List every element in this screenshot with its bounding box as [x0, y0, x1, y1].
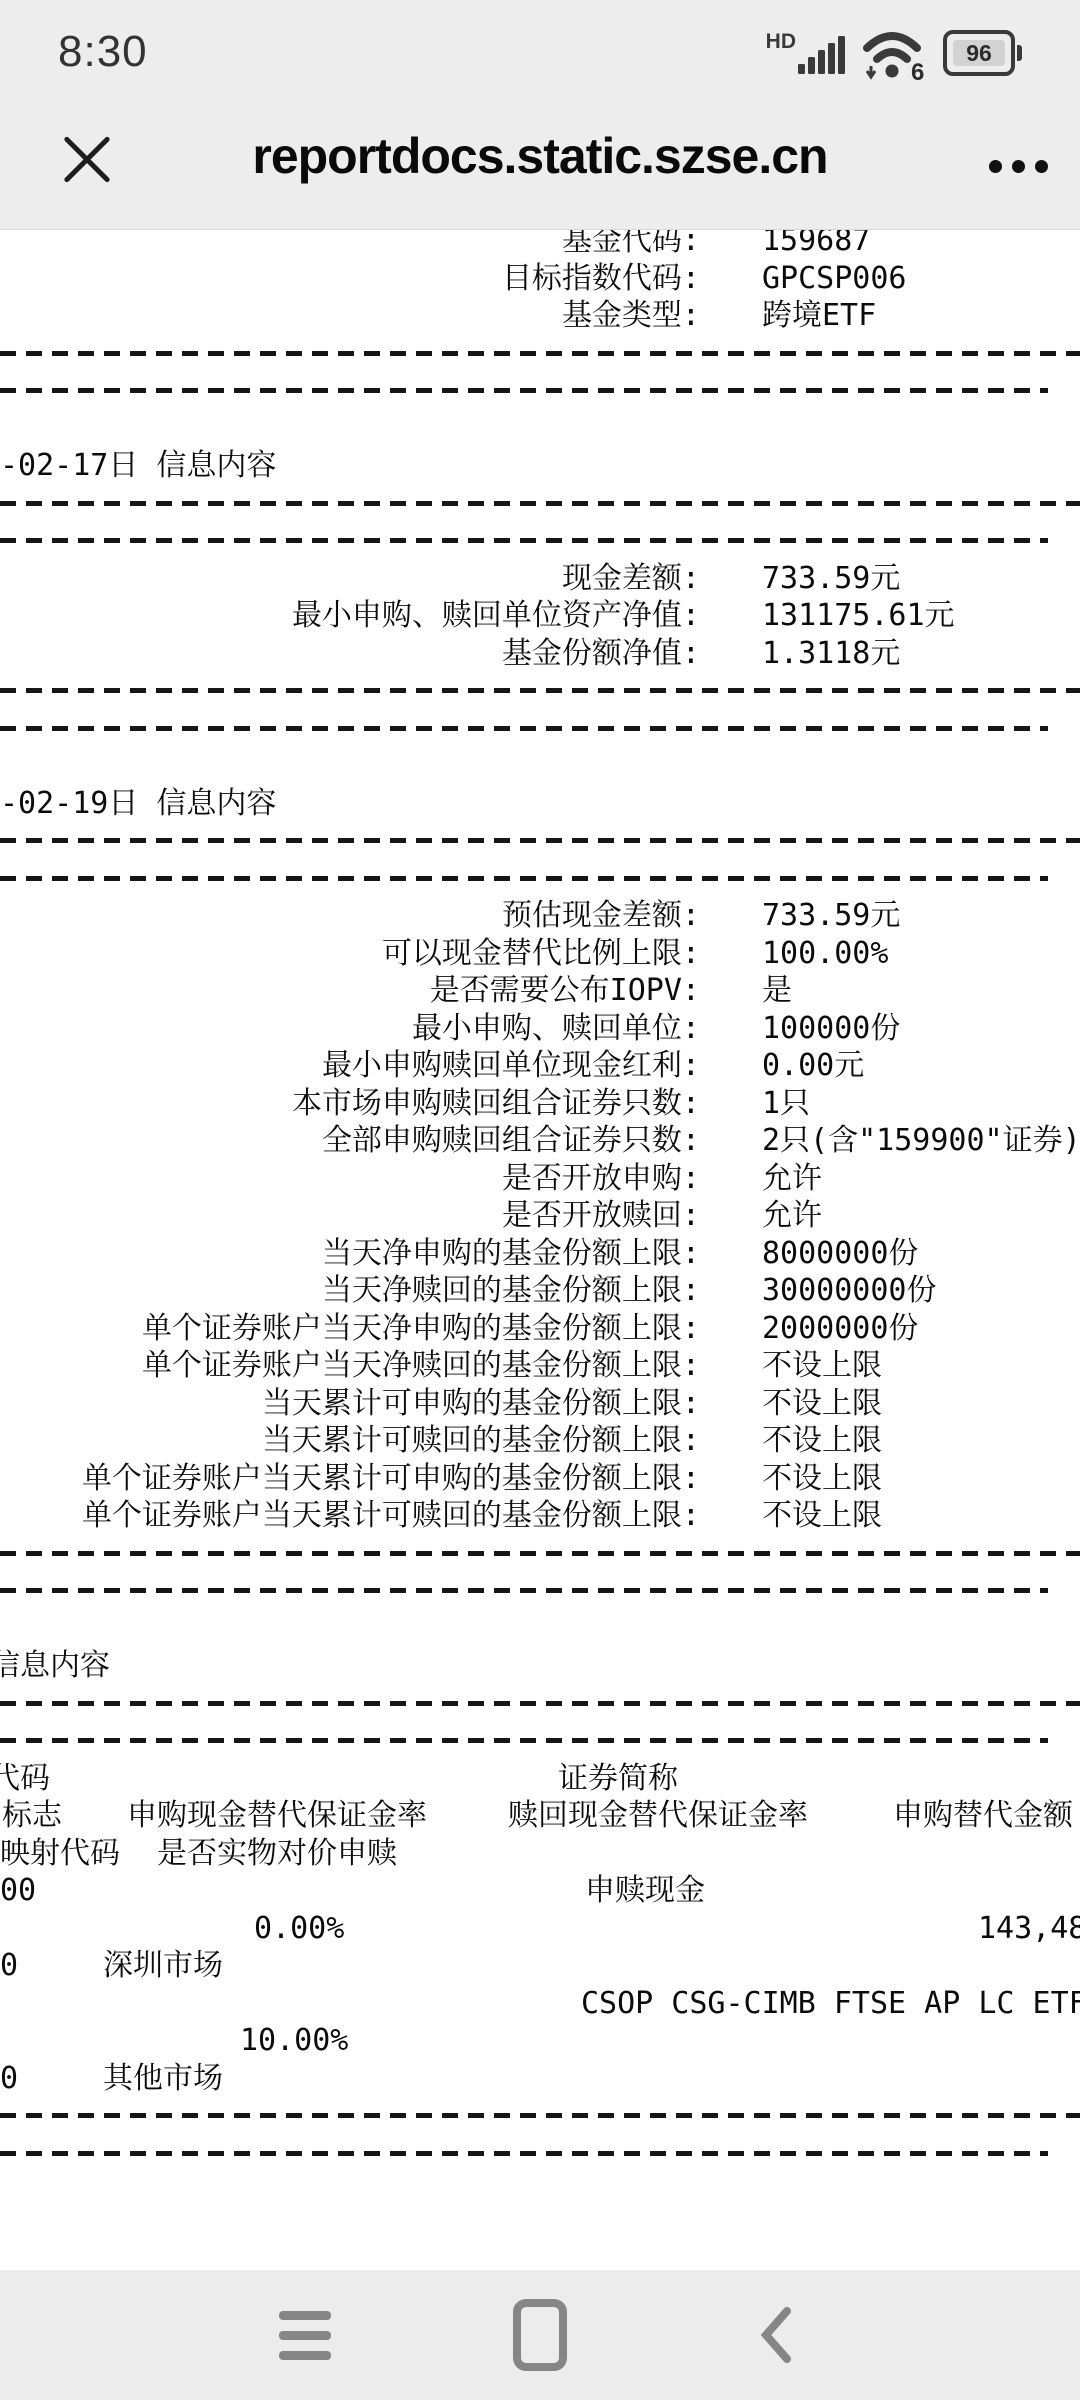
- doc-table-cell: 0.00%: [254, 1910, 344, 1948]
- doc-table-line: 映射代码是否实物对价申赎: [0, 1835, 1080, 1873]
- doc-field-value: 不设上限: [762, 1347, 882, 1385]
- doc-kv-line: 当天净申购的基金份额上限:8000000份: [0, 1235, 1080, 1273]
- doc-kv-line: 本市场申购赎回组合证券只数:1只: [0, 1085, 1080, 1123]
- doc-section-heading: 信息内容: [0, 1647, 110, 1685]
- doc-dashed-separator: [0, 522, 1080, 560]
- doc-kv-line: 基金类型:跨境ETF: [0, 297, 1080, 335]
- dashed-rule: [0, 538, 1048, 543]
- doc-table-line: 0深圳市场: [0, 1947, 1080, 1985]
- doc-field-value: 1只: [762, 1085, 810, 1123]
- doc-table-cell: 赎回现金替代保证金率: [508, 1797, 808, 1835]
- doc-dashed-separator: [0, 2135, 1080, 2173]
- doc-dashed-separator: [0, 1685, 1080, 1723]
- doc-section-heading: -02-19日 信息内容: [0, 785, 276, 823]
- more-options-button[interactable]: [983, 154, 1054, 179]
- doc-dashed-separator: [0, 1572, 1080, 1610]
- doc-field-label: 单个证券账户当天净申购的基金份额上限:: [142, 1310, 700, 1348]
- doc-table-cell: 申赎现金: [585, 1872, 705, 1910]
- doc-field-label: 当天累计可赎回的基金份额上限:: [262, 1422, 700, 1460]
- doc-field-label: 现金差额:: [562, 560, 700, 598]
- doc-kv-line: 是否开放赎回:允许: [0, 1197, 1080, 1235]
- nav-back-button[interactable]: [695, 2270, 855, 2400]
- doc-table-line: 证券代码证券简称: [0, 1760, 1080, 1798]
- doc-field-label: 单个证券账户当天净赎回的基金份额上限:: [142, 1347, 700, 1385]
- clock-text: 8:30: [58, 15, 148, 77]
- dashed-rule: [0, 1738, 1048, 1743]
- doc-field-label: 单个证券账户当天累计可申购的基金份额上限:: [82, 1460, 700, 1498]
- doc-kv-line: 最小申购、赎回单位资产净值:131175.61元: [0, 597, 1080, 635]
- doc-section-heading: -02-17日 信息内容: [0, 447, 276, 485]
- doc-kv-line: 是否需要公布IOPV:是: [0, 972, 1080, 1010]
- dashed-rule: [0, 388, 1048, 393]
- hd-voice-badge: HD: [766, 30, 796, 54]
- dashed-rule: [0, 501, 1080, 506]
- doc-field-value: 30000000份: [762, 1272, 937, 1310]
- doc-field-value: 跨境ETF: [762, 297, 876, 335]
- doc-table-line: 00申赎现金: [0, 1872, 1080, 1910]
- status-icons: HD 6 96: [766, 12, 1022, 80]
- android-nav-bar: [0, 2270, 1080, 2400]
- doc-field-value: 733.59元: [762, 560, 900, 598]
- doc-field-value: 允许: [762, 1160, 822, 1198]
- doc-field-label: 是否开放赎回:: [502, 1197, 700, 1235]
- dashed-rule: [0, 2151, 1048, 2156]
- doc-table-cell: 映射代码: [0, 1835, 120, 1873]
- doc-field-value: 不设上限: [762, 1385, 882, 1423]
- battery-level-text: 96: [966, 40, 992, 67]
- dashed-rule: [0, 2113, 1080, 2118]
- doc-field-value: 733.59元: [762, 897, 900, 935]
- doc-kv-line: 最小申购赎回单位现金红利:0.00元: [0, 1047, 1080, 1085]
- doc-field-value: 1.3118元: [762, 635, 900, 673]
- doc-kv-line: 现金差额:733.59元: [0, 560, 1080, 598]
- doc-table-line: 10.00%: [0, 2022, 1080, 2060]
- doc-field-value: 允许: [762, 1197, 822, 1235]
- doc-field-label: 最小申购赎回单位现金红利:: [322, 1047, 700, 1085]
- doc-table-line: CSOP CSG-CIMB FTSE AP LC ETF: [0, 1985, 1080, 2023]
- doc-table-cell: CSOP CSG-CIMB FTSE AP LC ETF: [581, 1985, 1080, 2023]
- menu-icon: [279, 2311, 331, 2360]
- back-icon: [757, 2306, 793, 2364]
- doc-kv-line: 预估现金差额:733.59元: [0, 897, 1080, 935]
- doc-field-value: 8000000份: [762, 1235, 918, 1273]
- battery-nub: [1017, 45, 1022, 61]
- dashed-rule: [0, 838, 1080, 843]
- close-button[interactable]: [56, 128, 118, 190]
- dashed-rule: [0, 726, 1048, 731]
- doc-table-cell: 10.00%: [240, 2022, 348, 2060]
- doc-table-line: 标志申购现金替代保证金率赎回现金替代保证金率申购替代金额: [0, 1797, 1080, 1835]
- doc-table-cell: 0: [0, 2060, 18, 2098]
- doc-table-cell: 申购现金替代保证金率: [127, 1797, 427, 1835]
- signal-bars-icon: [798, 34, 845, 74]
- doc-dashed-separator: [0, 1535, 1080, 1573]
- dashed-rule: [0, 688, 1080, 693]
- doc-heading-line: -02-17日 信息内容: [0, 447, 1080, 485]
- document-body: 基金代码:159687目标指数代码:GPCSP006基金类型:跨境ETF-02-…: [0, 230, 1080, 2172]
- doc-table-cell: 深圳市场: [103, 1947, 223, 1985]
- doc-kv-line: 全部申购赎回组合证券只数:2只(含"159900"证券): [0, 1122, 1080, 1160]
- doc-field-value: 是: [762, 972, 792, 1010]
- doc-dashed-separator: [0, 710, 1080, 748]
- dashed-rule: [0, 1551, 1080, 1556]
- doc-heading-line: 信息内容: [0, 1647, 1080, 1685]
- doc-kv-line: 当天净赎回的基金份额上限:30000000份: [0, 1272, 1080, 1310]
- doc-table-cell: 143,48: [978, 1910, 1080, 1948]
- page-url[interactable]: reportdocs.static.szse.cn: [140, 92, 940, 230]
- doc-field-value: 2只(含"159900"证券): [762, 1122, 1080, 1160]
- doc-field-label: 目标指数代码:: [502, 260, 700, 298]
- wifi-icon: 6: [861, 26, 927, 80]
- doc-field-label: 基金类型:: [562, 297, 700, 335]
- doc-dashed-separator: [0, 672, 1080, 710]
- phone-screen: 8:30 HD 6 96: [0, 0, 1080, 2400]
- doc-field-label: 全部申购赎回组合证券只数:: [322, 1122, 700, 1160]
- doc-table-cell: 是否实物对价申赎: [157, 1835, 397, 1873]
- doc-dashed-separator: [0, 485, 1080, 523]
- doc-field-label: 基金份额净值:: [502, 635, 700, 673]
- doc-field-value: 2000000份: [762, 1310, 918, 1348]
- doc-dashed-separator: [0, 1722, 1080, 1760]
- doc-field-value: GPCSP006: [762, 260, 907, 298]
- doc-kv-line: 基金份额净值:1.3118元: [0, 635, 1080, 673]
- doc-field-label: 预估现金差额:: [502, 897, 700, 935]
- doc-field-label: 当天累计可申购的基金份额上限:: [262, 1385, 700, 1423]
- doc-dashed-separator: [0, 372, 1080, 410]
- doc-kv-line: 当天累计可赎回的基金份额上限:不设上限: [0, 1422, 1080, 1460]
- doc-field-value: 不设上限: [762, 1497, 882, 1535]
- dashed-rule: [0, 1701, 1080, 1706]
- document-scroll-area[interactable]: 基金代码:159687目标指数代码:GPCSP006基金类型:跨境ETF-02-…: [0, 230, 1080, 2270]
- doc-field-label: 基金代码:: [562, 230, 700, 260]
- doc-blank-line: [0, 747, 1080, 785]
- doc-table-cell: 证券简称: [558, 1760, 678, 1798]
- doc-field-label: 是否需要公布IOPV:: [430, 972, 700, 1010]
- doc-blank-line: [0, 1610, 1080, 1648]
- more-dot: [1012, 160, 1025, 173]
- dashed-rule: [0, 876, 1048, 881]
- doc-dashed-separator: [0, 860, 1080, 898]
- doc-table-line: 0其他市场: [0, 2060, 1080, 2098]
- doc-kv-line: 单个证券账户当天净申购的基金份额上限:2000000份: [0, 1310, 1080, 1348]
- doc-field-value: 不设上限: [762, 1460, 882, 1498]
- doc-table-cell: 0: [0, 1947, 18, 1985]
- doc-field-value: 不设上限: [762, 1422, 882, 1460]
- dashed-rule: [0, 1588, 1048, 1593]
- doc-field-label: 单个证券账户当天累计可赎回的基金份额上限:: [82, 1497, 700, 1535]
- doc-kv-line: 单个证券账户当天累计可申购的基金份额上限:不设上限: [0, 1460, 1080, 1498]
- status-bar: 8:30 HD 6 96: [0, 0, 1080, 92]
- doc-field-label: 当天净赎回的基金份额上限:: [322, 1272, 700, 1310]
- nav-menu-button[interactable]: [225, 2270, 385, 2400]
- doc-kv-line: 最小申购、赎回单位:100000份: [0, 1010, 1080, 1048]
- doc-field-value: 100000份: [762, 1010, 900, 1048]
- cell-signal-icon: HD: [766, 32, 845, 74]
- doc-table-line: 0.00%143,48: [0, 1910, 1080, 1948]
- doc-table-cell: 申购替代金额: [893, 1797, 1073, 1835]
- doc-kv-line: 单个证券账户当天净赎回的基金份额上限:不设上限: [0, 1347, 1080, 1385]
- doc-field-value: 100.00%: [762, 935, 888, 973]
- doc-field-value: 159687: [762, 230, 870, 260]
- doc-table-cell: 标志: [2, 1797, 62, 1835]
- nav-home-button[interactable]: [460, 2270, 620, 2400]
- doc-field-label: 当天净申购的基金份额上限:: [322, 1235, 700, 1273]
- doc-dashed-separator: [0, 335, 1080, 373]
- home-icon: [513, 2299, 567, 2371]
- doc-dashed-separator: [0, 822, 1080, 860]
- browser-chrome: 8:30 HD 6 96: [0, 0, 1080, 230]
- wifi6-badge: 6: [911, 59, 924, 80]
- doc-field-value: 0.00元: [762, 1047, 864, 1085]
- doc-kv-line: 单个证券账户当天累计可赎回的基金份额上限:不设上限: [0, 1497, 1080, 1535]
- doc-field-value: 131175.61元: [762, 597, 955, 635]
- more-dot: [1035, 160, 1048, 173]
- battery-icon: 96: [943, 30, 1022, 76]
- doc-kv-line: 目标指数代码:GPCSP006: [0, 260, 1080, 298]
- doc-field-label: 最小申购、赎回单位资产净值:: [292, 597, 700, 635]
- doc-heading-line: -02-19日 信息内容: [0, 785, 1080, 823]
- doc-kv-line: 可以现金替代比例上限:100.00%: [0, 935, 1080, 973]
- doc-field-label: 最小申购、赎回单位:: [412, 1010, 700, 1048]
- doc-dashed-separator: [0, 2097, 1080, 2135]
- doc-blank-line: [0, 410, 1080, 448]
- doc-field-label: 是否开放申购:: [502, 1160, 700, 1198]
- doc-table-cell: 其他市场: [103, 2060, 223, 2098]
- doc-kv-line: 当天累计可申购的基金份额上限:不设上限: [0, 1385, 1080, 1423]
- doc-kv-line: 基金代码:159687: [0, 230, 1080, 260]
- more-dot: [989, 160, 1002, 173]
- dashed-rule: [0, 351, 1080, 356]
- doc-table-cell: 00: [0, 1872, 36, 1910]
- doc-field-label: 本市场申购赎回组合证券只数:: [292, 1085, 700, 1123]
- doc-field-label: 可以现金替代比例上限:: [382, 935, 700, 973]
- doc-kv-line: 是否开放申购:允许: [0, 1160, 1080, 1198]
- browser-toolbar: reportdocs.static.szse.cn: [0, 92, 1080, 230]
- doc-table-cell: 证券代码: [0, 1760, 50, 1798]
